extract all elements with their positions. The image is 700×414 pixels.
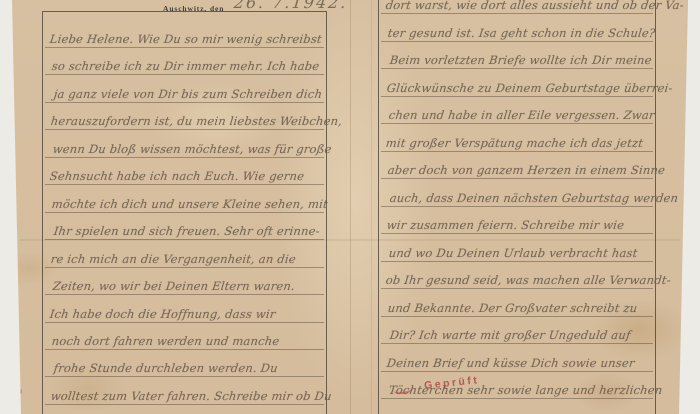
handwritten-text: Glückwünsche zu Deinem Geburtstage überr… [386, 81, 673, 95]
handwritten-line: und Bekannte. Der Großvater schreibt zu [381, 291, 653, 317]
handwritten-text: möchte ich dich und unsere Kleine sehen,… [51, 197, 329, 211]
handwritten-line: ja ganz viele von Dir bis zum Schreiben … [45, 77, 324, 103]
handwritten-text: und wo Du Deinen Urlaub verbracht hast [388, 246, 638, 260]
handwritten-line: frohe Stunde durchleben werden. Du [45, 351, 324, 377]
handwritten-line: re ich mich an die Vergangenheit, an die [45, 242, 324, 268]
handwritten-line: wenn Du bloß wissen möchtest, was für gr… [45, 132, 324, 158]
red-pencil-edge-mark [15, 389, 22, 394]
handwritten-text: Ihr spielen und sich freuen. Sehr oft er… [53, 224, 321, 238]
handwritten-line: Sehnsucht habe ich nach Euch. Wie gerne [45, 159, 324, 185]
handwritten-text: chen und habe in aller Eile vergessen. Z… [388, 108, 656, 122]
handwritten-line: Beim vorletzten Briefe wollte ich Dir me… [381, 43, 653, 69]
handwritten-text: so schreibe ich zu Dir immer mehr. Ich h… [51, 59, 320, 73]
handwritten-line: mit großer Verspätung mache ich das jetz… [381, 126, 653, 152]
letter-page-left: Liebe Helene. Wie Du so mir wenig schrei… [42, 11, 327, 414]
handwritten-line: herauszufordern ist, du mein liebstes We… [45, 104, 324, 130]
handwritten-text: Dir? Ich warte mit großer Ungeduld auf [389, 328, 631, 342]
handwritten-text: auch, dass Deinen nächsten Geburtstag we… [389, 191, 679, 205]
handwritten-text: ter gesund ist. Isa geht schon in die Sc… [387, 26, 656, 40]
handwritten-text: wolltest zum Vater fahren. Schreibe mir … [50, 389, 333, 403]
handwritten-text: Beim vorletzten Briefe wollte ich Dir me… [389, 53, 653, 67]
handwritten-line: ter gesund ist. Isa geht schon in die Sc… [381, 16, 653, 42]
handwritten-line: Ich habe doch die Hoffnung, dass wir [45, 297, 324, 323]
handwritten-text: Sehnsucht habe ich nach Euch. Wie gerne [49, 169, 305, 183]
handwritten-text: Deinen Brief und küsse Dich sowie unser [386, 356, 636, 370]
center-fold-crease-line-2 [371, 0, 372, 414]
handwritten-line: Dir? Ich warte mit großer Ungeduld auf [381, 318, 653, 344]
handwritten-text: aber doch von ganzem Herzen in einem Sin… [387, 163, 666, 177]
handwritten-line: Liebe Helene. Wie Du so mir wenig schrei… [45, 22, 324, 48]
handwritten-line: und wo Du Deinen Urlaub verbracht hast [381, 236, 653, 262]
handwritten-line: aber doch von ganzem Herzen in einem Sin… [381, 153, 653, 179]
left-page-lines: Liebe Helene. Wie Du so mir wenig schrei… [43, 12, 326, 414]
handwritten-text: Zeiten, wo wir bei Deinen Eltern waren. [52, 279, 296, 293]
handwritten-text: noch dort fahren werden und manche [51, 334, 280, 348]
handwritten-line: so schreibe ich zu Dir immer mehr. Ich h… [45, 49, 324, 75]
handwritten-text: mit großer Verspätung mache ich das jetz… [385, 136, 644, 150]
handwritten-text: wenn Du bloß wissen möchtest, was für gr… [52, 142, 333, 156]
handwritten-line: Glückwünsche zu Deinem Geburtstage überr… [381, 71, 653, 97]
handwritten-text: Liebe Helene. Wie Du so mir wenig schrei… [49, 32, 323, 46]
handwritten-text: ob Ihr gesund seid, was machen alle Verw… [385, 273, 672, 287]
handwritten-text: Ich habe doch die Hoffnung, dass wir [49, 307, 276, 321]
handwritten-text: und Bekannte. Der Großvater schreibt zu [387, 301, 638, 315]
handwritten-text: frohe Stunde durchleben werden. Du [53, 361, 279, 375]
letter-paper: Auschwitz, den 26. 7.1942. Liebe Helene.… [0, 0, 700, 414]
red-pencil-edge-mark [4, 264, 10, 268]
handwritten-line: Zeiten, wo wir bei Deinen Eltern waren. [45, 269, 324, 295]
handwritten-text: wir zusammen feiern. Schreibe mir wie [386, 218, 625, 232]
handwritten-line: Ihr spielen und sich freuen. Sehr oft er… [45, 214, 324, 240]
letter-page-right: dort warst, wie dort alles aussieht und … [378, 0, 656, 414]
handwritten-line: ob Ihr gesund seid, was machen alle Verw… [381, 263, 653, 289]
handwritten-text: herauszufordern ist, du mein liebstes We… [50, 114, 343, 128]
handwritten-line: wolltest zum Vater fahren. Schreibe mir … [45, 379, 324, 405]
handwritten-line: Töchterchen sehr sowie lange und herzlic… [381, 373, 653, 399]
handwritten-line: auch, dass Deinen nächsten Geburtstag we… [381, 181, 653, 207]
handwritten-line: möchte ich dich und unsere Kleine sehen,… [45, 187, 324, 213]
handwritten-line: chen und habe in aller Eile vergessen. Z… [381, 98, 653, 124]
letter-scan: Auschwitz, den 26. 7.1942. Liebe Helene.… [0, 0, 700, 414]
handwritten-text: ja ganz viele von Dir bis zum Schreiben … [53, 87, 323, 101]
center-fold-crease-line [350, 0, 351, 414]
handwritten-text: dort warst, wie dort alles aussieht und … [385, 0, 685, 12]
handwritten-line: dort warst, wie dort alles aussieht und … [381, 0, 653, 14]
handwritten-line: noch dort fahren werden und manche [45, 324, 324, 350]
handwritten-text: re ich mich an die Vergangenheit, an die [50, 252, 297, 266]
handwritten-line: wir zusammen feiern. Schreibe mir wie [381, 208, 653, 234]
right-page-lines: dort warst, wie dort alles aussieht und … [379, 0, 655, 414]
handwritten-line: Deinen Brief und küsse Dich sowie unser [381, 346, 653, 372]
red-pencil-edge-mark [2, 86, 5, 90]
red-pencil-edge-mark [1, 97, 6, 105]
